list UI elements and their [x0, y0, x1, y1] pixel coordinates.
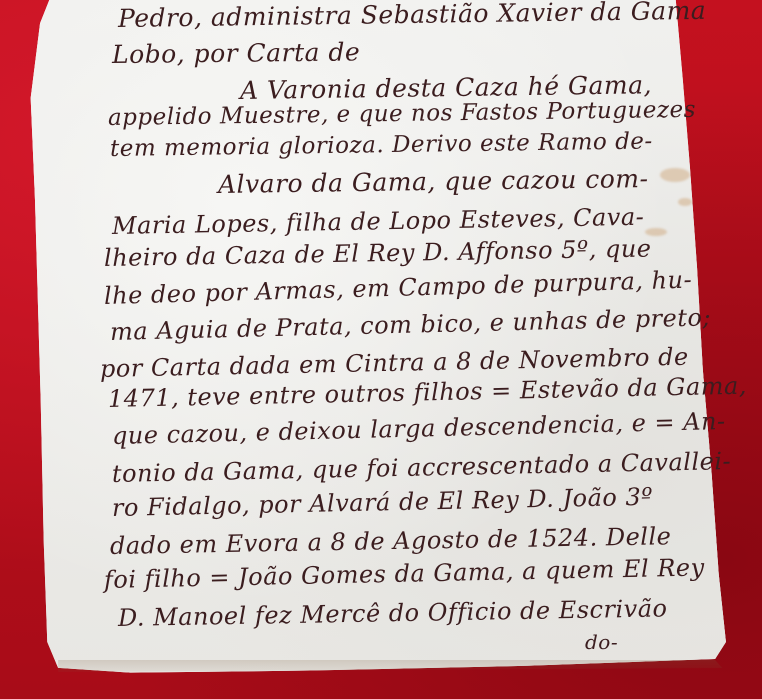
manuscript-text: Pedro, administra Sebastião Xavier da Ga…: [0, 0, 762, 699]
manuscript-line: Pedro, administra Sebastião Xavier da Ga…: [118, 0, 707, 33]
manuscript-line: lhe deo por Armas, em Campo de purpura, …: [104, 266, 693, 310]
manuscript-line: foi filho = João Gomes da Gama, a quem E…: [104, 553, 705, 594]
manuscript-line: lheiro da Caza de El Rey D. Affonso 5º, …: [104, 234, 652, 272]
manuscript-line: Lobo, por Carta de: [112, 37, 361, 69]
catchword: do-: [585, 630, 618, 654]
manuscript-line: Alvaro da Gama, que cazou com-: [218, 164, 649, 199]
manuscript-line: D. Manoel fez Mercê do Officio de Escriv…: [118, 594, 668, 632]
manuscript-line: Maria Lopes, filha de Lopo Esteves, Cava…: [112, 203, 645, 240]
manuscript-line: appelido Muestre, e que nos Fastos Portu…: [108, 97, 696, 131]
manuscript-line: ro Fidalgo, por Alvará de El Rey D. João…: [112, 483, 654, 522]
manuscript-line: ma Aguia de Prata, com bico, e unhas de …: [110, 303, 712, 346]
manuscript-line: tonio da Gama, que foi accrescentado a C…: [112, 447, 732, 488]
manuscript-line: dado em Evora a 8 de Agosto de 1524. Del…: [110, 522, 672, 560]
manuscript-line: tem memoria glorioza. Derivo este Ramo d…: [110, 128, 653, 162]
manuscript-line: que cazou, e deixou larga descendencia, …: [112, 407, 726, 450]
